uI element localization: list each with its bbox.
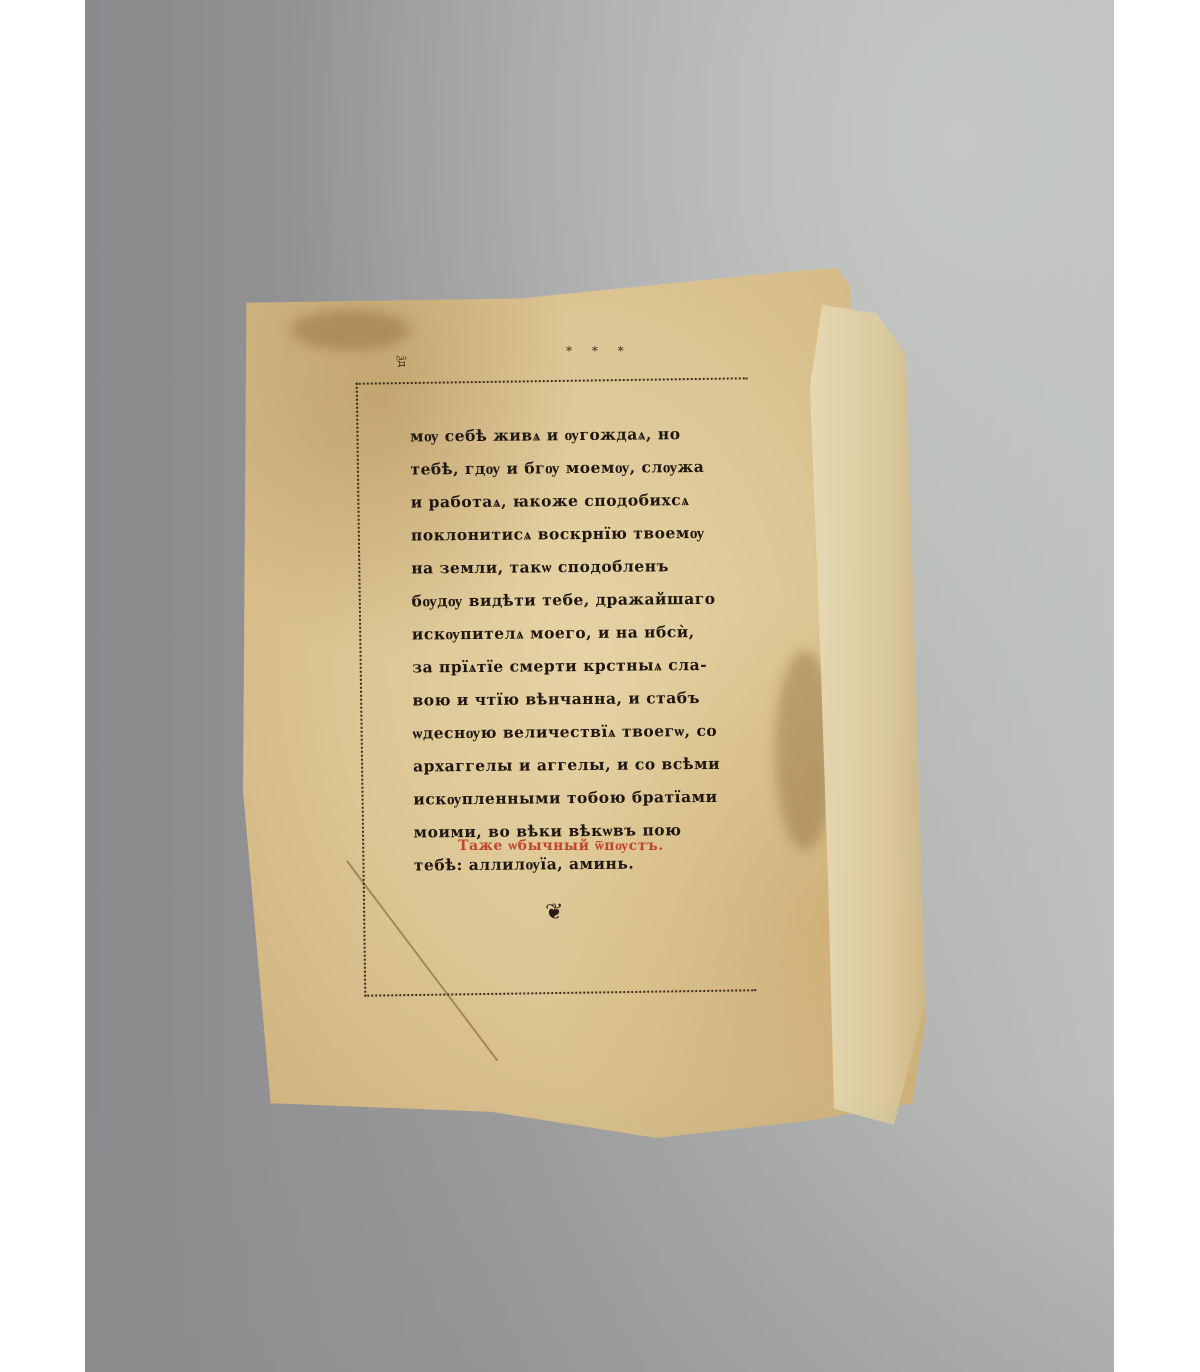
- text-line: и работаѧ, ꙗкоже сподобихсѧ: [411, 482, 761, 518]
- text-line: тебѣ, гдѹ и бгѹ моемѹ, слѹжа: [410, 449, 760, 485]
- text-line: на земли, такѡ сподобленъ: [411, 548, 761, 584]
- text-line: за прїѧтїе смерти крстныѧ сла-: [412, 647, 762, 683]
- page-number: ѯд: [396, 356, 409, 367]
- text-line: поклонитисѧ воскрнїю твоемѹ: [411, 515, 761, 551]
- text-line: ѡдеснѹю величествїѧ твоегѡ, со: [413, 713, 763, 749]
- text-line: искѹпителѧ моего, и на нбсѝ,: [412, 614, 762, 650]
- text-line: искѹпленными тобою братїами: [413, 779, 763, 815]
- text-line: мѹ себѣ живѧ и ѹгождаѧ, но: [410, 416, 760, 452]
- red-rubric-line: Таже ѡбычный ѿпѹстъ.: [458, 838, 664, 855]
- header-asterisks: * * *: [566, 344, 632, 358]
- text-line: бѹдѹ видѣти тебе, дражайшаго: [411, 581, 761, 617]
- text-line: архаггелы и аггелы, и со всѣми: [413, 746, 763, 782]
- slavonic-text-block: мѹ себѣ живѧ и ѹгождаѧ, но тебѣ, гдѹ и б…: [410, 416, 764, 881]
- text-line: вою и чтїю вѣнчанна, и стабъ: [412, 680, 762, 716]
- ornament-icon: ❦: [545, 900, 563, 925]
- water-stain: [290, 310, 410, 350]
